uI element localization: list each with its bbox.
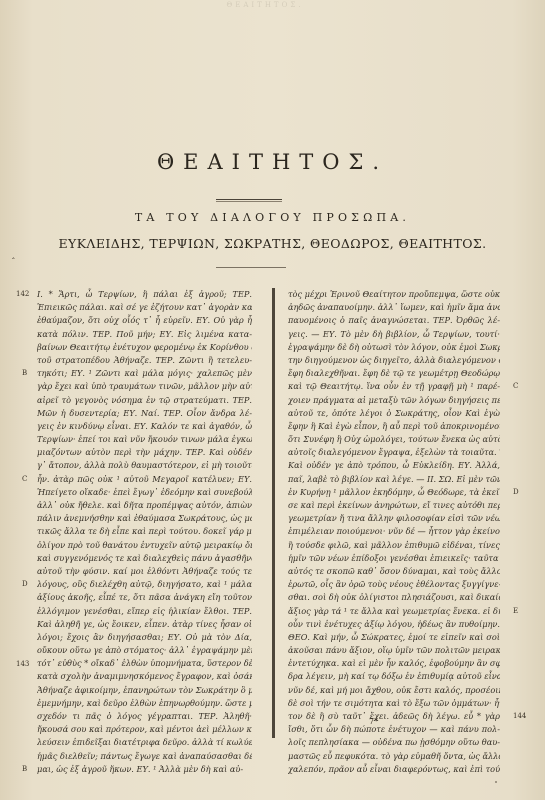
text-line: βαίνων Θεαιτήτῳ ἐνέτυχον φερομένῳ ἐκ Κορ… — [37, 341, 252, 354]
margin-marker-left: 142 — [16, 290, 29, 298]
dialogue-persons-heading: ΤΑ ΤΟΥ ΔΙΑΛΟΓΟΥ ΠΡΟΣΩΠΑ. — [0, 211, 545, 224]
text-line: ἦν. ἀτὰρ πῶς οὐκ ¹ αὐτοῦ Μεγαροῖ κατέλυε… — [37, 473, 252, 486]
text-line: λόγους, οὓς διελέχθη αὐτῷ, διηγήσατο, κα… — [37, 578, 252, 591]
text-line: γὰρ ἔχει καὶ ὑπὸ τραυμάτων τινῶν, μᾶλλον… — [37, 380, 252, 393]
text-line: ἐθαύμαζον, ὅτι οὐχ οἷός τ᾿ ἦ εὑρεῖν. ΕΥ.… — [37, 314, 252, 327]
text-line: ἀηδῶς ἀναπαυοίμην. ἀλλ᾿ ἴωμεν, καὶ ἡμῖν … — [288, 301, 500, 314]
text-line: ἐρωτῶ, οἷς ἂν ὁρῶ τοὺς νέους ἐθέλοντας ξ… — [288, 578, 500, 591]
text-line: ὀλίγον πρὸ τοῦ θανάτου ἐντυχεῖν αὐτῷ μει… — [37, 539, 252, 552]
text-line: ἔφη διαλεχθῆναι. ἔφη δὲ τῷ τε γεωμέτρῃ Θ… — [288, 367, 500, 380]
text-line: τοῦ στρατοπέδου Ἀθήναζε. ΤΕΡ. Ζῶντι ἢ τε… — [37, 354, 252, 367]
text-line: ἡμᾶς διελθεῖν; πάντως ἔγωγε καὶ ἀναπαύσα… — [37, 750, 252, 763]
signature-mark: 7* — [369, 717, 378, 726]
text-line: κατὰ πόλιν. ΤΕΡ. Ποῦ μήν; ΕΥ. Εἰς λιμένα… — [37, 328, 252, 341]
text-line: αὐτοῖς διαλεγόμενον ἔγραψα, ἐξελὼν τὰ το… — [288, 446, 500, 459]
text-line: μαστῶς εὖ πεφυκότα. τὸ γὰρ εὐμαθῆ ὄντα, … — [288, 750, 500, 763]
text-line: μιαζόντων αὐτὸν περὶ τὴν μάχην. ΤΕΡ. Καὶ… — [37, 446, 252, 459]
text-line: λόγοι; ἔχοις ἂν διηγήσασθαι; ΕΥ. Οὐ μὰ τ… — [37, 631, 252, 644]
text-line: ἀλλ᾿ οὐκ ἤθελε. καὶ δῆτα προπέμψας αὐτόν… — [37, 499, 252, 512]
text-line: ἴσθι, ὅτι ὧν δὴ πώποτε ἐνέτυχον — καὶ πά… — [288, 723, 500, 736]
speaker-list: ΕΥΚΛΕΙΔΗΣ, ΤΕΡΨΙΩΝ, ΣΩΚΡΑΤΗΣ, ΘΕΟΔΩΡΟΣ, … — [0, 236, 545, 251]
text-line: ἐγραψάμην δὲ δὴ οὑτωσὶ τὸν λόγον, οὐκ ἐμ… — [288, 341, 500, 354]
bleed-through-text: ΘΕΑΙΤΗΤΟΣ. — [30, 0, 500, 120]
text-line: κατὰ σχολὴν ἀναμιμνησκόμενος ἔγραφον, κα… — [37, 670, 252, 683]
text-line: γεωμετρίαν ἤ τινα ἄλλην φιλοσοφίαν εἰσὶ … — [288, 512, 500, 525]
text-line: αὑτοῦ τε, ὁπότε λέγοι ὁ Σωκράτης, οἷον Κ… — [288, 407, 500, 420]
text-line: Ἐπιεικῶς πάλαι. καὶ σέ γε ἐζήτουν κατ᾿ ἀ… — [37, 301, 252, 314]
text-line: τὸς μέχρι Ἐρινοῦ Θεαίτητον προὔπεμψα, ὥσ… — [288, 288, 500, 301]
left-column: I. * Ἄρτι, ὦ Τερψίων, ἢ πάλαι ἐξ ἀγροῦ; … — [37, 288, 252, 776]
text-line: οὖν τινὶ ἐνέτυχες ἀξίῳ λόγου, ἡδέως ἂν π… — [288, 618, 500, 631]
right-column: τὸς μέχρι Ἐρινοῦ Θεαίτητον προὔπεμψα, ὥσ… — [288, 288, 500, 776]
text-line: γεις ἐν κινδύνῳ εἶναι. ΕΥ. Καλόν τε καὶ … — [37, 420, 252, 433]
text-line: παυομένοις ὁ παῖς ἀναγνώσεται. ΤΕΡ. Ὀρθῶ… — [288, 314, 500, 327]
text-line: ἤκουσά σου καὶ πρότερον, καὶ μέντοι ἀεὶ … — [37, 723, 252, 736]
text-line: σθαι. σοὶ δὴ οὐκ ὀλίγιστοι πλησιάζουσι, … — [288, 591, 500, 604]
text-line: ἐπιμέλειαν ποιούμενοι· νῦν δέ — ἧττον γὰ… — [288, 525, 500, 538]
page-title: ΘΕΑΙΤΗΤΟΣ. — [0, 150, 545, 174]
text-line: τικῶς ἄλλα τε δὴ εἶπε καὶ περὶ τούτου. δ… — [37, 525, 252, 538]
text-line: ἄξιος γὰρ τά ¹ τε ἄλλα καὶ γεωμετρίας ἕν… — [288, 605, 500, 618]
text-line: Μῶν ἡ δυσεντερία; ΕΥ. Ναί. ΤΕΡ. Οἷον ἄνδ… — [37, 407, 252, 420]
text-line: λεύσειν ἐπιδεῖξαι διατέτριφα δεῦρο. ἀλλὰ… — [37, 736, 252, 749]
text-line: παῖ, λαβὲ τὸ βιβλίον καὶ λέγε. — II. ΣΩ.… — [288, 473, 500, 486]
paper-speck — [495, 781, 497, 783]
text-line: αὐτός τε σκοπῶ καθ᾿ ὅσον δύναμαι, καὶ το… — [288, 565, 500, 578]
text-line: ἐλλόγιμον γενέσθαι, εἴπερ εἰς ἡλικίαν ἔλ… — [37, 605, 252, 618]
text-line: τηκότι; ΕΥ. ¹ Ζῶντι καὶ μάλα μόγις· χαλε… — [37, 367, 252, 380]
text-line: την διηγούμενον ὡς διηγεῖτο, ἀλλὰ διαλεγ… — [288, 354, 500, 367]
text-line: γεις. — ΕΥ. Τὸ μὲν δὴ βιβλίον, ὦ Τερψίων… — [288, 328, 500, 341]
column-divider — [272, 288, 275, 738]
text-line: ἢ τούσδε φιλῶ, καὶ μᾶλλον ἐπιθυμῶ εἰδένα… — [288, 539, 500, 552]
text-line: αὐτοῦ τὴν φύσιν. καί μοι ἐλθόντι Ἀθήναζε… — [37, 565, 252, 578]
text-line: Καὶ οὐδέν γε ἀπὸ τρόπου, ὦ Εὐκλείδη. ΕΥ.… — [288, 459, 500, 472]
text-line: ὅτι Συνέφη ἢ Οὐχ ὡμολόγει, τούτων ἕνεκα … — [288, 433, 500, 446]
text-line: οὔκουν οὕτω γε ἀπὸ στόματος· ἀλλ᾿ ἐγραψά… — [37, 644, 252, 657]
text-line: δὲ σοὶ τήν τε σιμότητα καὶ τὸ ἔξω τῶν ὀμ… — [288, 697, 500, 710]
text-line: καὶ τῷ Θεαιτήτῳ. ἵνα οὖν ἐν τῇ γραφῇ μὴ … — [288, 380, 500, 393]
book-page: ΘΕΑΙΤΗΤΟΣ. ΘΕΑΙΤΗΤΟΣ. ΤΑ ΤΟΥ ΔΙΑΛΟΓΟΥ ΠΡ… — [0, 0, 545, 800]
margin-marker-left: C — [22, 475, 27, 483]
text-line: ἡμῖν τῶν νέων ἐπίδοξοι γενέσθαι ἐπιεικεῖ… — [288, 552, 500, 565]
margin-marker-left: B — [22, 369, 27, 377]
text-line: χαλεπόν, πρᾶον αὖ εἶναι διαφερόντως, καὶ… — [288, 763, 500, 776]
title-rule — [216, 199, 282, 200]
text-line: Ἀθήναζε ἀφικοίμην, ἐπανηρώτων τὸν Σωκράτ… — [37, 684, 252, 697]
stray-mark: ‸ — [12, 250, 15, 259]
section-rule — [216, 267, 286, 268]
text-line: ἐν Κυρήνῃ ¹ μᾶλλον ἐκηδόμην, ὦ Θεόδωρε, … — [288, 486, 500, 499]
text-line: ἀκοῦσαι πάνυ ἄξιον, οἵῳ ὑμῖν τῶν πολιτῶν… — [288, 644, 500, 657]
text-line: λοῖς πεπλησίακα — οὐδένα πω ᾐσθόμην οὕτω… — [288, 736, 500, 749]
bleed-running-head: ΘΕΑΙΤΗΤΟΣ. — [30, 0, 500, 10]
text-line: ἐντετύχηκα. καὶ εἰ μὲν ἦν καλός, ἐφοβούμ… — [288, 657, 500, 670]
margin-marker-right: 144 — [513, 712, 526, 720]
text-line: ΘΕΟ. Καὶ μήν, ὦ Σώκρατες, ἐμοί τε εἰπεῖν… — [288, 631, 500, 644]
text-line: χοιεν πράγματα αἱ μεταξὺ τῶν λόγων διηγή… — [288, 394, 500, 407]
text-line: σχεδόν τι πᾶς ὁ λόγος γέγραπται. ΤΕΡ. Ἀλ… — [37, 710, 252, 723]
text-line: ἐμεμνήμην, καὶ δεῦρο ἐλθὼν ἐπηνωρθούμην.… — [37, 697, 252, 710]
text-line: Τερψίων· ἐπεί τοι καὶ νῦν ἤκουόν τινων μ… — [37, 433, 252, 446]
margin-marker-left: D — [22, 580, 28, 588]
margin-marker-right: C — [513, 382, 518, 390]
text-line: ἔφην ἢ Καὶ ἐγὼ εἶπον, ἢ αὖ περὶ τοῦ ἀποκ… — [288, 420, 500, 433]
text-line: τότ᾿ εὐθὺς * οἴκαδ᾿ ἐλθὼν ὑπομνήματα, ὕσ… — [37, 657, 252, 670]
text-line: γ᾿ ἄτοπον, ἀλλὰ πολὺ θαυμαστότερον, εἰ μ… — [37, 459, 252, 472]
text-line: ἀξίους ἀκοῆς, εἶπέ τε, ὅτι πᾶσα ἀνάγκη ε… — [37, 591, 252, 604]
margin-marker-left: 143 — [16, 660, 29, 668]
text-line: μαι, ὡς ἐξ ἀγροῦ ἥκων. ΕΥ. ¹ Ἀλλὰ μὲν δὴ… — [37, 763, 252, 776]
text-line: Ἠπείγετο οἴκαδε· ἐπεὶ ἔγωγ᾿ ἐδεόμην καὶ … — [37, 486, 252, 499]
text-line: Καὶ ἀληθῆ γε, ὡς ἔοικεν, εἶπεν. ἀτὰρ τίν… — [37, 618, 252, 631]
text-line: αἱρεῖ τὸ γεγονὸς νόσημα ἐν τῷ στρατεύματ… — [37, 394, 252, 407]
text-line: πάλιν ἀνεμνήσθην καὶ ἐθαύμασα Σωκράτους,… — [37, 512, 252, 525]
margin-marker-left: B — [22, 765, 27, 773]
text-line: I. * Ἄρτι, ὦ Τερψίων, ἢ πάλαι ἐξ ἀγροῦ; … — [37, 288, 252, 301]
text-line: δρα λέγειν, μὴ καί τῳ δόξω ἐν ἐπιθυμίᾳ α… — [288, 670, 500, 683]
text-line: καὶ συγγενόμενός τε καὶ διαλεχθεὶς πάνυ … — [37, 552, 252, 565]
text-line: τον δὲ ἢ σὺ ταῦτ᾿ ἔχει. ἀδεῶς δὴ λέγω. ε… — [288, 710, 500, 723]
text-line: νῦν δέ, καὶ μή μοι ἄχθου, οὐκ ἔστι καλός… — [288, 684, 500, 697]
text-line: σε καὶ περὶ ἐκείνων ἀνηρώτων, εἴ τινες α… — [288, 499, 500, 512]
margin-marker-right: E — [513, 607, 518, 615]
margin-marker-right: D — [513, 488, 519, 496]
